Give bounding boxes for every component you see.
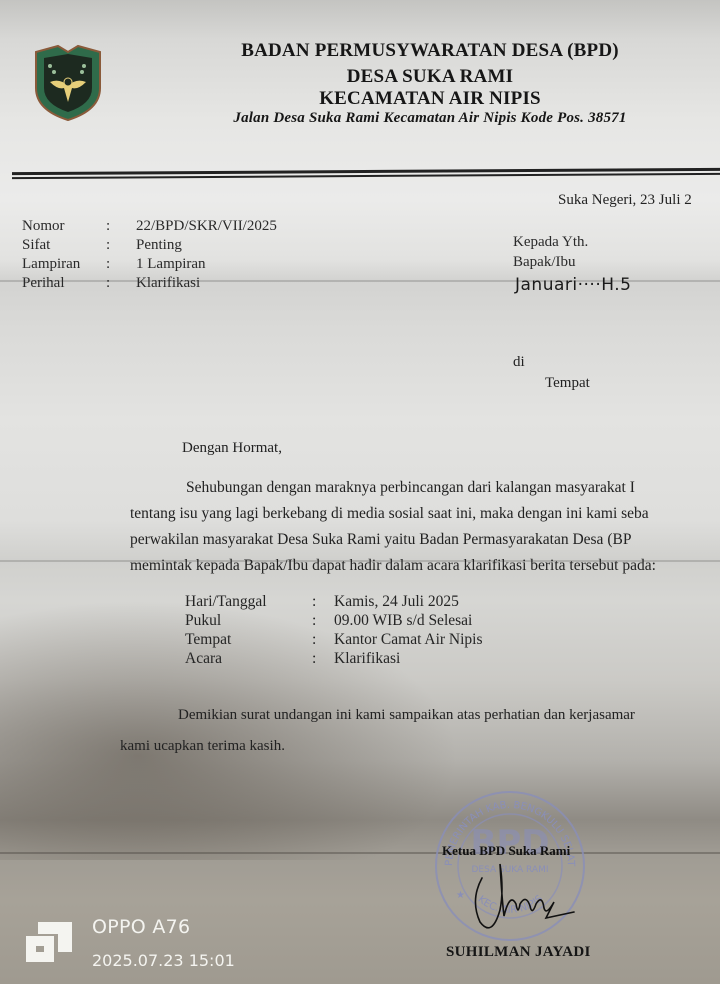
paper-fold — [0, 852, 720, 854]
recipient-block: Kepada Yth. Bapak/Ibu — [513, 232, 588, 272]
place-date: Suka Negeri, 23 Juli 2 — [558, 192, 692, 209]
handwritten-recipient: Januari····H.5 — [515, 275, 631, 295]
meta-row-nature: Sifat:Penting — [22, 236, 277, 255]
body-paragraph: Sehubungan dengan maraknya perbincangan … — [130, 475, 720, 579]
org-name: BADAN PERMUSYWARATAN DESA (BPD) — [180, 40, 680, 62]
event-details: Hari/Tanggal:Kamis, 24 Juli 2025 Pukul:0… — [185, 592, 483, 668]
regency-crest-icon — [28, 42, 106, 122]
event-date: Hari/Tanggal:Kamis, 24 Juli 2025 — [185, 592, 483, 611]
recipient-title: Bapak/Ibu — [513, 252, 588, 272]
meta-row-number: Nomor:22/BPD/SKR/VII/2025 — [22, 217, 277, 236]
signer-name: SUHILMAN JAYADI — [446, 944, 591, 961]
event-time: Pukul:09.00 WIB s/d Selesai — [185, 611, 483, 630]
recipient-place: Tempat — [545, 375, 590, 392]
letter-meta: Nomor:22/BPD/SKR/VII/2025 Sifat:Penting … — [22, 217, 277, 293]
meta-row-subject: Perihal:Klarifikasi — [22, 274, 277, 293]
svg-text:★: ★ — [456, 890, 465, 901]
capture-timestamp: 2025.07.23 15:01 — [92, 951, 235, 970]
handwritten-signature — [470, 860, 590, 940]
recipient-di: di — [513, 354, 525, 371]
event-place: Tempat:Kantor Camat Air Nipis — [185, 630, 483, 649]
org-address: Jalan Desa Suka Rami Kecamatan Air Nipis… — [180, 110, 680, 127]
camera-model: OPPO A76 — [92, 916, 190, 938]
district-name: KECAMATAN AIR NIPIS — [180, 88, 680, 110]
oppo-watermark-icon — [26, 922, 72, 962]
recipient-salutation: Kepada Yth. — [513, 232, 588, 252]
closing-paragraph: Demikian surat undangan ini kami sampaik… — [120, 700, 635, 762]
village-name: DESA SUKA RAMI — [180, 66, 680, 88]
greeting: Dengan Hormat, — [182, 440, 282, 457]
meta-row-attachment: Lampiran:1 Lampiran — [22, 255, 277, 274]
signer-title: Ketua BPD Suka Rami — [442, 843, 570, 859]
event-agenda: Acara:Klarifikasi — [185, 649, 483, 668]
